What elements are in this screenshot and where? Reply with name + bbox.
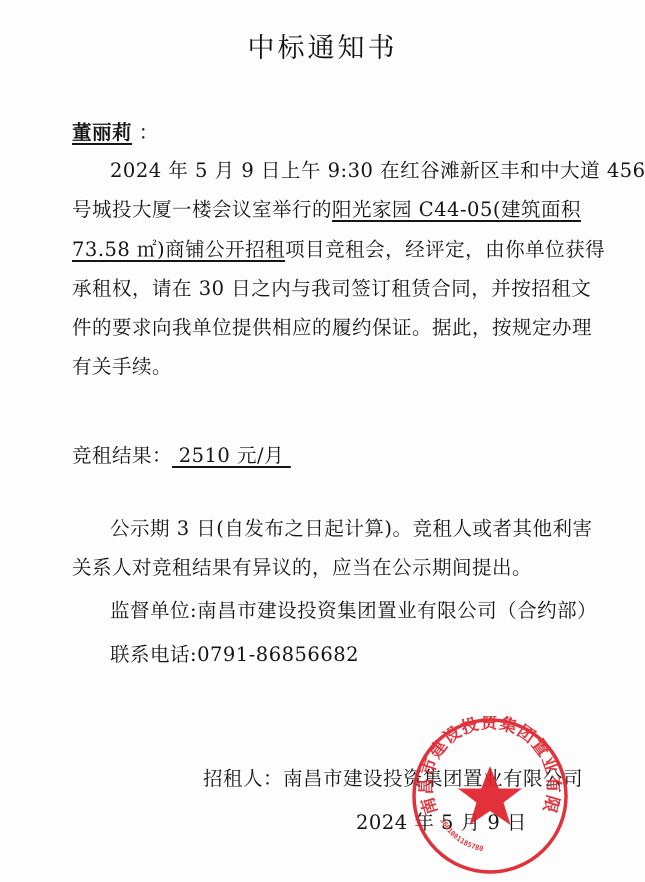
supervisor-label: 监督单位: <box>110 599 197 622</box>
result-value: 2510 元/月 <box>172 444 291 467</box>
company-seal: 南昌市建设投资集团置业有限公司 3601081185780 <box>410 716 570 876</box>
notice-line-2: 关系人对竞租结果有异议的，应当在公示期间提出。 <box>72 556 532 580</box>
addressee-line: 董丽莉 ： <box>72 121 159 145</box>
body-line-1: 2024 年 5 月 9 日上午 9:30 在红谷滩新区丰和中大道 456 <box>110 159 645 183</box>
star-icon <box>458 766 522 825</box>
body-line-2: 号城投大厦一楼会议室举行的阳光家园 C44-05(建筑面积 <box>72 198 581 222</box>
addressee-name: 董丽莉 <box>72 121 132 144</box>
body-line-3-text: 项目竞租会，经评定，由你单位获得 <box>285 238 605 261</box>
body-line-6: 有关手续。 <box>72 355 172 379</box>
project-name-part1: 阳光家园 C44-05(建筑面积 <box>332 198 581 221</box>
project-name-part2: 73.58 ㎡)商铺公开招租 <box>72 238 285 261</box>
body-line-2-text: 号城投大厦一楼会议室举行的 <box>72 198 332 221</box>
result-label: 竞租结果： <box>72 444 172 467</box>
body-line-4: 承租权，请在 30 日之内与我司签订租赁合同，并按招租文 <box>72 277 591 301</box>
notice-line-1: 公示期 3 日(自发布之日起计算)。竞租人或者其他利害 <box>110 517 593 541</box>
supervisor-value: 南昌市建设投资集团置业有限公司（合约部） <box>197 599 597 622</box>
signature-label: 招租人： <box>203 767 283 790</box>
document-page: 中标通知书 董丽莉 ： 2024 年 5 月 9 日上午 9:30 在红谷滩新区… <box>0 0 645 882</box>
contact-phone: 0791-86856682 <box>197 643 359 666</box>
result-line: 竞租结果： 2510 元/月 <box>72 444 291 468</box>
contact-label: 联系电话: <box>110 643 197 666</box>
contact-line: 联系电话:0791-86856682 <box>110 643 359 667</box>
seal-code: 3601081185780 <box>438 817 484 853</box>
document-title: 中标通知书 <box>0 26 645 65</box>
supervisor-line: 监督单位:南昌市建设投资集团置业有限公司（合约部） <box>110 599 597 623</box>
body-line-5: 件的要求向我单位提供相应的履约保证。据此，按规定办理 <box>72 316 592 340</box>
body-line-3: 73.58 ㎡)商铺公开招租项目竞租会，经评定，由你单位获得 <box>72 238 605 262</box>
addressee-colon: ： <box>139 121 159 144</box>
